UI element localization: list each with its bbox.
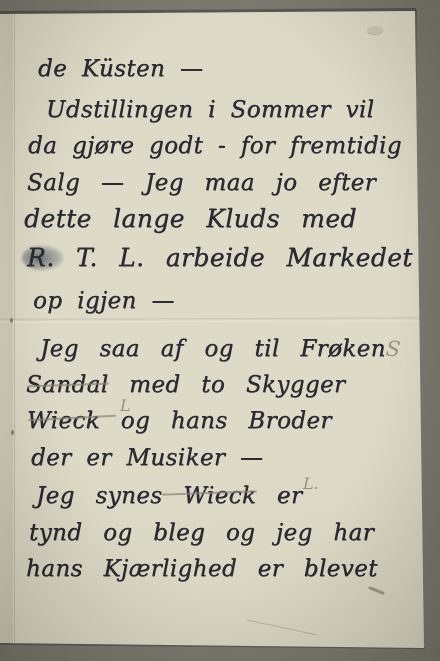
bottom-corner-crease <box>247 620 318 636</box>
pencil-tick-mark <box>368 586 385 595</box>
left-page-crease <box>13 0 15 661</box>
pencil-annotation-l: L <box>120 396 131 415</box>
letter-photograph: de Küsten — Udstillingen i Sommer vil da… <box>0 0 440 661</box>
handwritten-line: tynd og bleg og jeg har <box>29 520 374 546</box>
handwritten-line: Salg — Jeg maa jo efter <box>27 170 376 196</box>
handwritten-line: der er Musiker — <box>31 445 263 471</box>
paper-speck <box>11 430 14 435</box>
handwritten-line: dette lange Kluds med <box>24 204 357 233</box>
pencil-annotation-l-dot: L. <box>303 474 319 493</box>
horizontal-fold-crease <box>0 317 440 323</box>
handwritten-line: de Küsten — <box>38 56 203 82</box>
underlying-page-edge <box>0 0 13 661</box>
handwritten-line: op igjen — <box>33 288 175 314</box>
handwritten-line: R. T. L. arbeide Markedet <box>27 243 413 272</box>
paper-blemish <box>367 26 383 34</box>
handwritten-line: Wieck og hans Broder <box>27 408 332 434</box>
letter-page: de Küsten — Udstillingen i Sommer vil da… <box>0 0 440 661</box>
handwritten-line: hans Kjærlighed er blevet <box>26 556 378 582</box>
handwritten-line: Jeg synes Wieck er <box>36 483 302 509</box>
paper-speck <box>10 318 13 323</box>
handwritten-line: Jeg saa af og til Frøken <box>40 336 386 362</box>
pencil-annotation-s: S <box>385 336 402 361</box>
handwritten-line: da gjøre godt - for fremtidig <box>28 133 402 159</box>
handwritten-line: Udstillingen i Sommer vil <box>46 97 374 123</box>
